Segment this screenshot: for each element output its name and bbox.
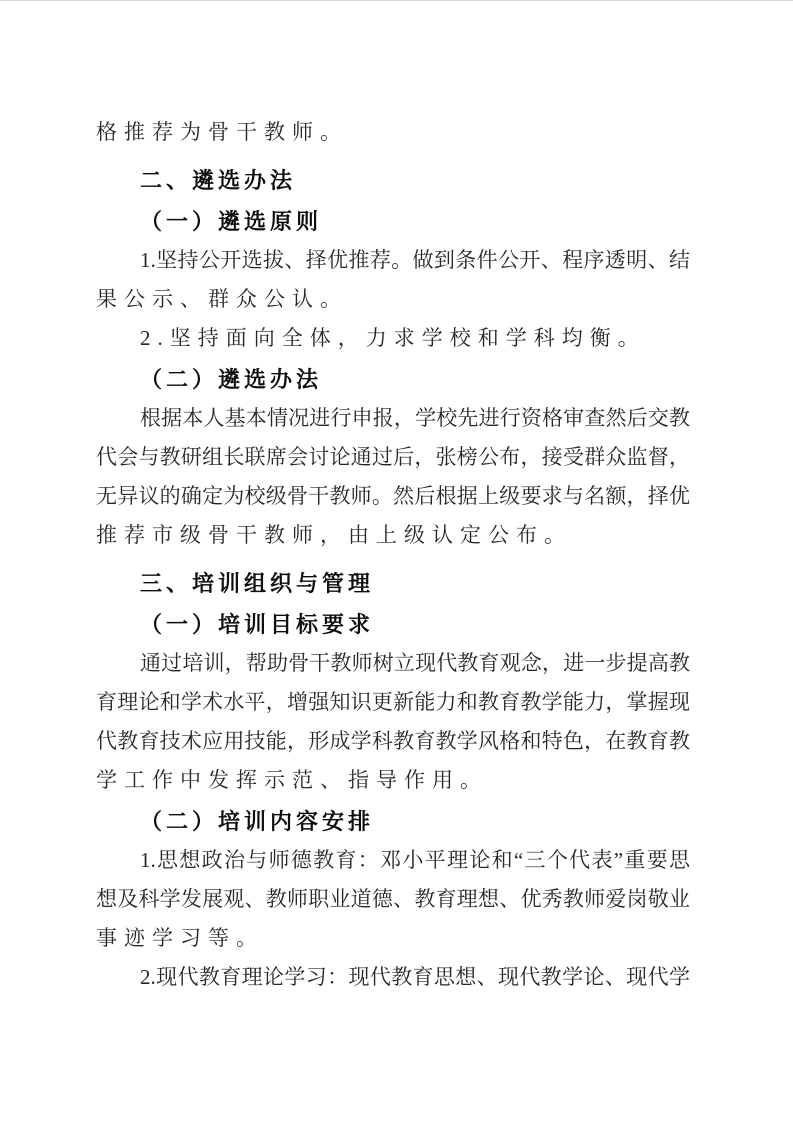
doc-line: 无异议的确定为校级骨干教师。然后根据上级要求与名额，择优 [96, 477, 690, 516]
doc-line: 代教育技术应用技能，形成学科教育教学风格和特色，在教育教 [96, 722, 690, 761]
document-page: 格推荐为骨干教师。 二、遴选办法 （一）遴选原则 1.坚持公开选拔、择优推荐。做… [0, 0, 793, 1122]
doc-line: 通过培训，帮助骨干教师树立现代教育观念，进一步提高教 [96, 644, 690, 683]
doc-line: 2.现代教育理论学习：现代教育思想、现代教学论、现代学 [96, 958, 690, 997]
doc-line: 推荐市级骨干教师，由上级认定公布。 [96, 516, 690, 555]
doc-line: 代会与教研组长联席会讨论通过后，张榜公布，接受群众监督， [96, 438, 690, 477]
doc-line: 想及科学发展观、教师职业道德、教育理想、优秀教师爱岗敬业 [96, 880, 690, 919]
doc-line: 学工作中发挥示范、指导作用。 [96, 761, 690, 800]
subsection-heading: （一）培训目标要求 [96, 605, 690, 644]
doc-line: 育理论和学术水平，增强知识更新能力和教育教学能力，掌握现 [96, 683, 690, 722]
doc-line: 根据本人基本情况进行申报，学校先进行资格审查然后交教 [96, 399, 690, 438]
section-heading: 三、培训组织与管理 [96, 564, 690, 603]
doc-line: 2.坚持面向全体，力求学校和学科均衡。 [96, 319, 690, 358]
doc-line: 果公示、群众公认。 [96, 280, 690, 319]
doc-line: 1.思想政治与师德教育：邓小平理论和“三个代表”重要思 [96, 841, 690, 880]
subsection-heading: （二）遴选办法 [96, 360, 690, 399]
doc-line-continuation: 格推荐为骨干教师。 [96, 113, 690, 152]
doc-line: 1.坚持公开选拔、择优推荐。做到条件公开、程序透明、结 [96, 241, 690, 280]
doc-line: 事迹学习等。 [96, 919, 690, 958]
subsection-heading: （一）遴选原则 [96, 202, 690, 241]
section-heading: 二、遴选办法 [96, 161, 690, 200]
subsection-heading: （二）培训内容安排 [96, 802, 690, 841]
